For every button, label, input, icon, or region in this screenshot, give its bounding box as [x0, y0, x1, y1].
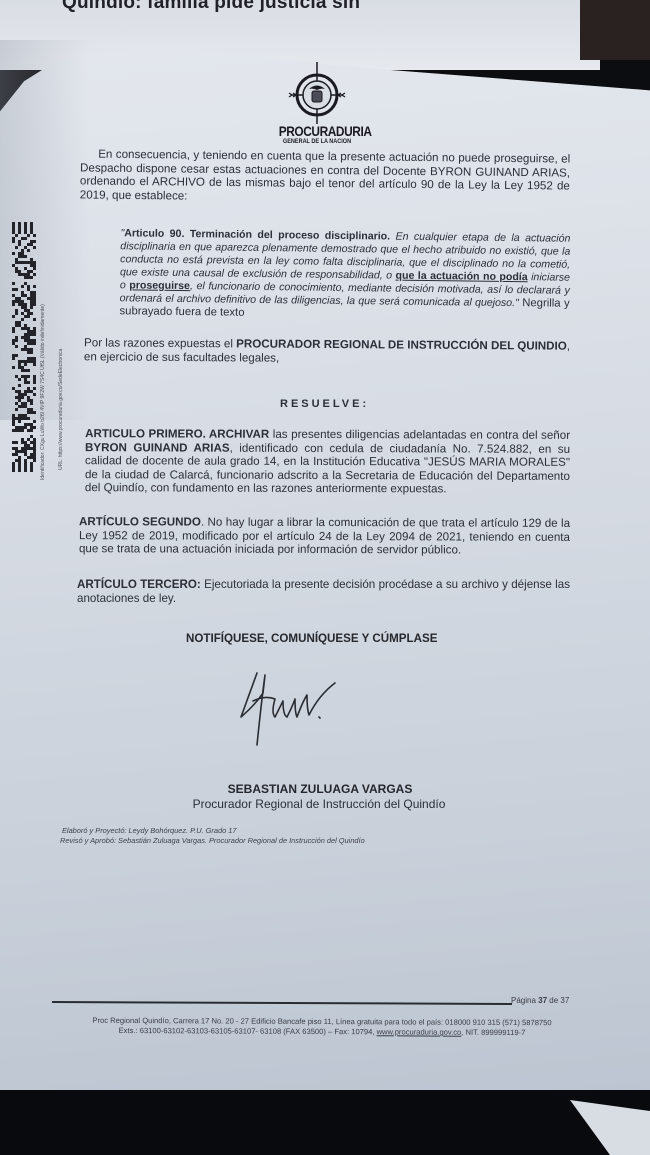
- signer-role: Procurador Regional de Instrucción del Q…: [0, 797, 644, 811]
- quote-emphasis-1: que la actuación no podía: [395, 270, 527, 284]
- logo-subtitle: GENERAL DE LA NACION: [279, 138, 356, 145]
- article-segundo: ARTÍCULO SEGUNDO. No hay lugar a librar …: [79, 515, 570, 557]
- footer-website-link[interactable]: www.procuraduria.gov.co: [377, 1027, 462, 1036]
- article-tercero: ARTÍCULO TERCERO: Ejecutoriada la presen…: [77, 578, 570, 605]
- credits-elaboro: Elaboró y Proyectó: Leydy Bohórquez. P.U…: [62, 826, 365, 836]
- intro-paragraph: En consecuencia, y teniendo en cuenta qu…: [80, 147, 571, 206]
- closing-formula: NOTIFÍQUESE, COMUNÍQUESE Y CÚMPLASE: [186, 632, 437, 645]
- side-stamp-url: URL: https://www.procuraduria.gov.co/Sed…: [58, 349, 64, 470]
- article-primero: ARTICULO PRIMERO. ARCHIVAR las presentes…: [85, 427, 570, 496]
- side-stamp-identifier: Identificador: CXgu LuWo b2t9 4VIP 9F2W …: [40, 304, 46, 480]
- quote-emphasis-2: proseguirse: [129, 279, 190, 292]
- logo-name: PROCURADURIA: [279, 124, 356, 138]
- procuraduria-seal-icon: [287, 62, 347, 124]
- page-number: Página 37 de 37: [511, 996, 569, 1005]
- article-90-quote: "Articulo 90. Terminación del proceso di…: [119, 227, 570, 323]
- background-dark-surface-bottom: [0, 1090, 650, 1155]
- resuelve-heading: RESUELVE:: [280, 398, 369, 410]
- footer-contact: Proc Regional Quindío, Carrera 17 No. 20…: [62, 1016, 582, 1039]
- background-headline: Quindío: familia pide justicia sin: [62, 0, 360, 14]
- razones-paragraph: Por las razones expuestas el PROCURADOR …: [84, 336, 570, 366]
- signer-name: SEBASTIAN ZULUAGA VARGAS: [0, 782, 645, 796]
- background-dark-surface: [580, 0, 650, 60]
- handwritten-signature-icon: [235, 665, 355, 750]
- credits-reviso: Revisó y Aprobó: Sebastián Zuluaga Varga…: [60, 836, 365, 846]
- procuraduria-logo: PROCURADURIA GENERAL DE LA NACION: [272, 62, 362, 145]
- 2d-barcode-icon: [12, 222, 36, 472]
- document-credits: Elaboró y Proyectó: Leydy Bohórquez. P.U…: [62, 826, 365, 846]
